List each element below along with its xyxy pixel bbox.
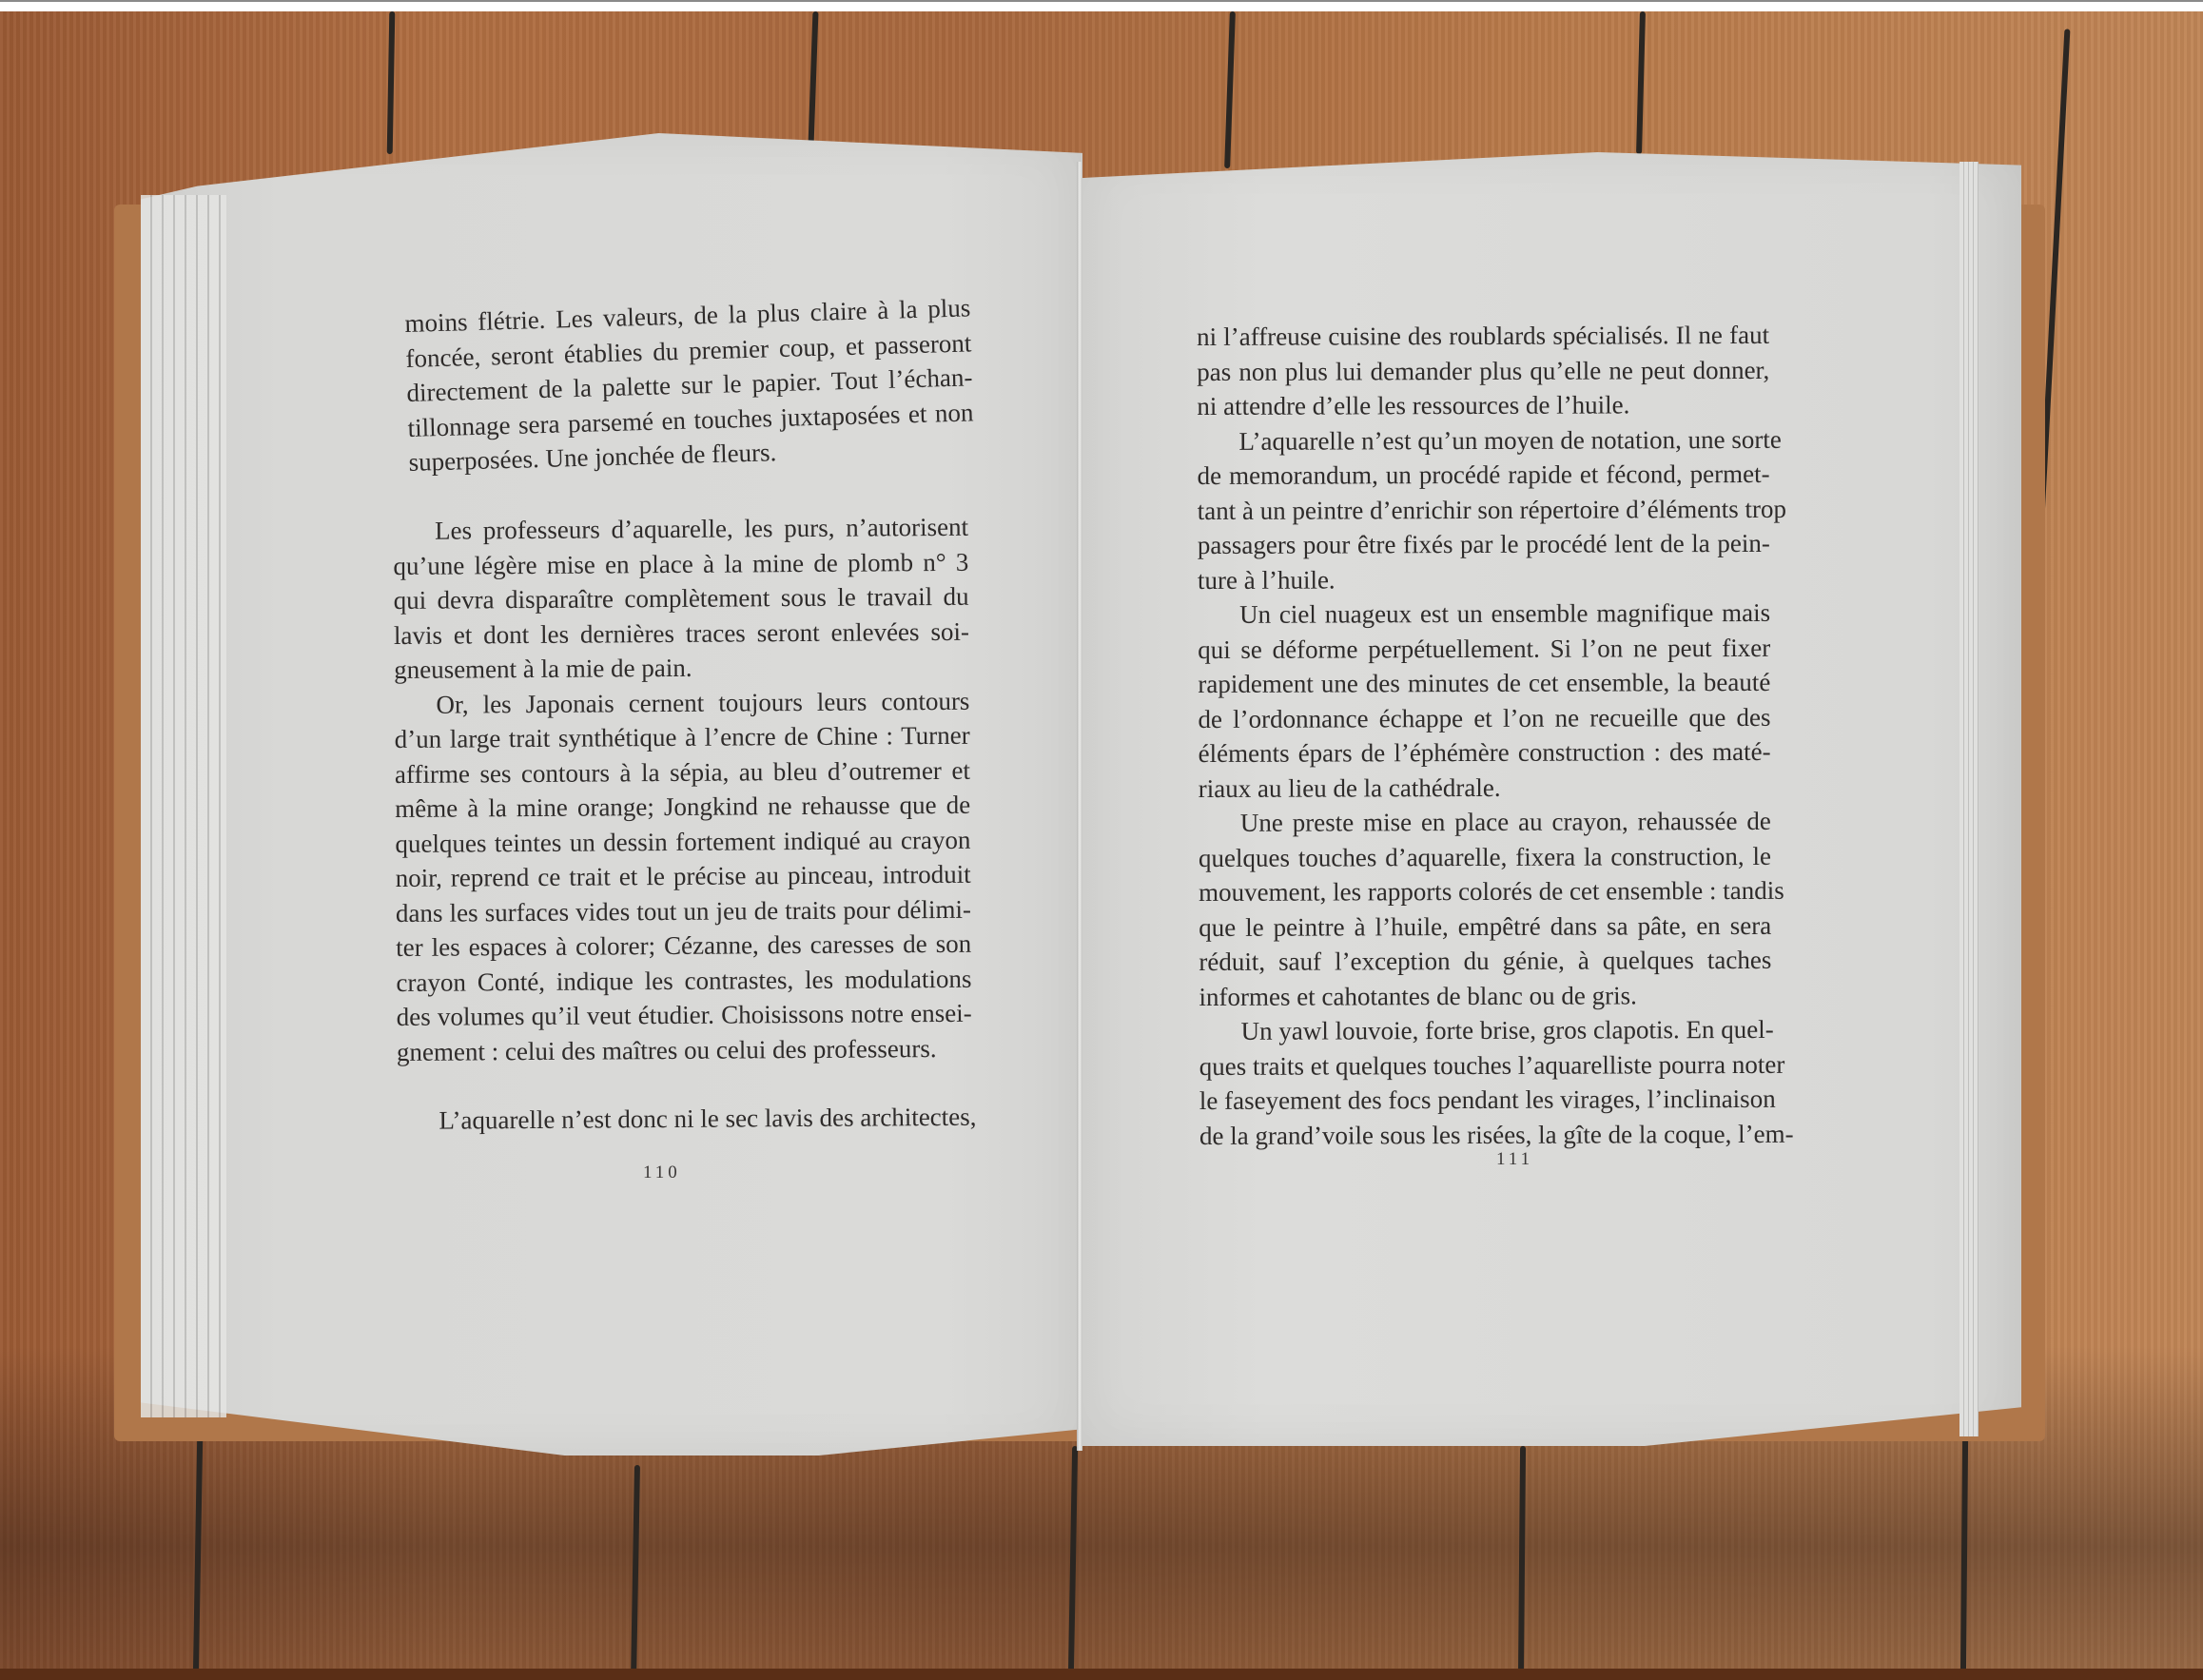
text-line: qu’une légère mise en place à la mine de… <box>393 544 968 583</box>
text-line: lavis et dont les dernières traces seron… <box>394 614 969 653</box>
text-line: noir, reprend ce trait et le précise au … <box>396 857 971 896</box>
bottom-border <box>0 1669 2203 1680</box>
text-line: quelques teintes un dessin fortement ind… <box>395 822 970 861</box>
text-line: ni l’affreuse cuisine des roublards spéc… <box>1197 318 1769 355</box>
text-line: Les professeurs d’aquarelle, les purs, n… <box>393 510 968 549</box>
page-number-right: 111 <box>1496 1149 1533 1170</box>
text-line: de l’ordonnance échappe et l’on ne recue… <box>1198 699 1770 736</box>
text-line: affirme ses contours à la sépia, au bleu… <box>395 752 970 791</box>
page-edges-right <box>1959 162 1979 1436</box>
left-page-body: Les professeurs d’aquarelle, les purs, n… <box>393 510 973 1139</box>
text-line: tant à un peintre d’enrichir son réperto… <box>1198 491 1770 528</box>
text-line: que le peintre à l’huile, empêtré dans s… <box>1199 908 1771 945</box>
text-line: L’aquarelle n’est qu’un moyen de notatio… <box>1197 421 1769 459</box>
text-line: d’un large trait synthétique à l’encre d… <box>395 718 970 757</box>
text-line: de la grand’voile sous les risées, la gî… <box>1199 1116 1772 1153</box>
text-line: crayon Conté, indique les contrastes, le… <box>396 961 971 1000</box>
text-line: réduit, sauf l’exception du génie, à que… <box>1199 943 1771 980</box>
text-line: ques traits et quelques touches l’aquare… <box>1199 1046 1772 1084</box>
text-line: mouvement, les rapports colorés de cet e… <box>1199 873 1771 910</box>
text-line: dans les surfaces vides tout un jeu de t… <box>396 891 971 930</box>
text-line: quelques touches d’aquarelle, fixera la … <box>1199 838 1771 875</box>
text-line: qui devra disparaître complètement sous … <box>394 579 969 618</box>
text-line: informes et cahotantes de blanc ou de gr… <box>1199 977 1771 1014</box>
text-line: riaux au lieu de la cathédrale. <box>1199 769 1771 806</box>
text-line: rapidement une des minutes de cet ensemb… <box>1198 665 1770 702</box>
text-line: Une preste mise en place au crayon, reha… <box>1199 804 1771 841</box>
text-line: le faseyement des focs pendant les virag… <box>1199 1082 1772 1119</box>
text-line: Or, les Japonais cernent toujours leurs … <box>394 683 969 722</box>
text-line: même à la mine orange; Jongkind ne rehau… <box>395 788 970 827</box>
text-line: gneusement à la mie de pain. <box>394 649 969 688</box>
text-line: éléments épars de l’éphémère constructio… <box>1199 734 1771 772</box>
text-line: ture à l’huile. <box>1198 560 1770 597</box>
top-border <box>0 0 2203 11</box>
text-line: gnement : celui des maîtres ou celui des… <box>397 1030 972 1069</box>
text-line: pas non plus lui demander plus qu’elle n… <box>1197 352 1769 389</box>
page-edges-left <box>141 195 226 1417</box>
text-line: ni attendre d’elle les ressources de l’h… <box>1197 387 1769 424</box>
text-line: L’aquarelle n’est donc ni le sec lavis d… <box>397 1100 972 1139</box>
text-line: ter les espaces à colorer; Cézanne, des … <box>396 927 971 966</box>
book-gutter <box>1077 162 1082 1451</box>
right-page-body: ni l’affreuse cuisine des roublards spéc… <box>1197 318 1772 1153</box>
text-line: Un ciel nuageux est un ensemble magnifiq… <box>1198 596 1770 633</box>
left-page-paragraph-1: moins flétrie. Les valeurs, de la plus c… <box>404 290 975 479</box>
text-line: passagers pour être fixés par le procédé… <box>1198 526 1770 563</box>
text-line: de memorandum, un procédé rapide et féco… <box>1198 457 1770 494</box>
text-line: des volumes qu’il veut étudier. Choisiss… <box>397 996 972 1035</box>
text-line: qui se déforme perpétuellement. Si l’on … <box>1198 630 1770 667</box>
page-number-left: 110 <box>643 1162 681 1183</box>
text-line: Un yawl louvoie, forte brise, gros clapo… <box>1199 1012 1772 1049</box>
